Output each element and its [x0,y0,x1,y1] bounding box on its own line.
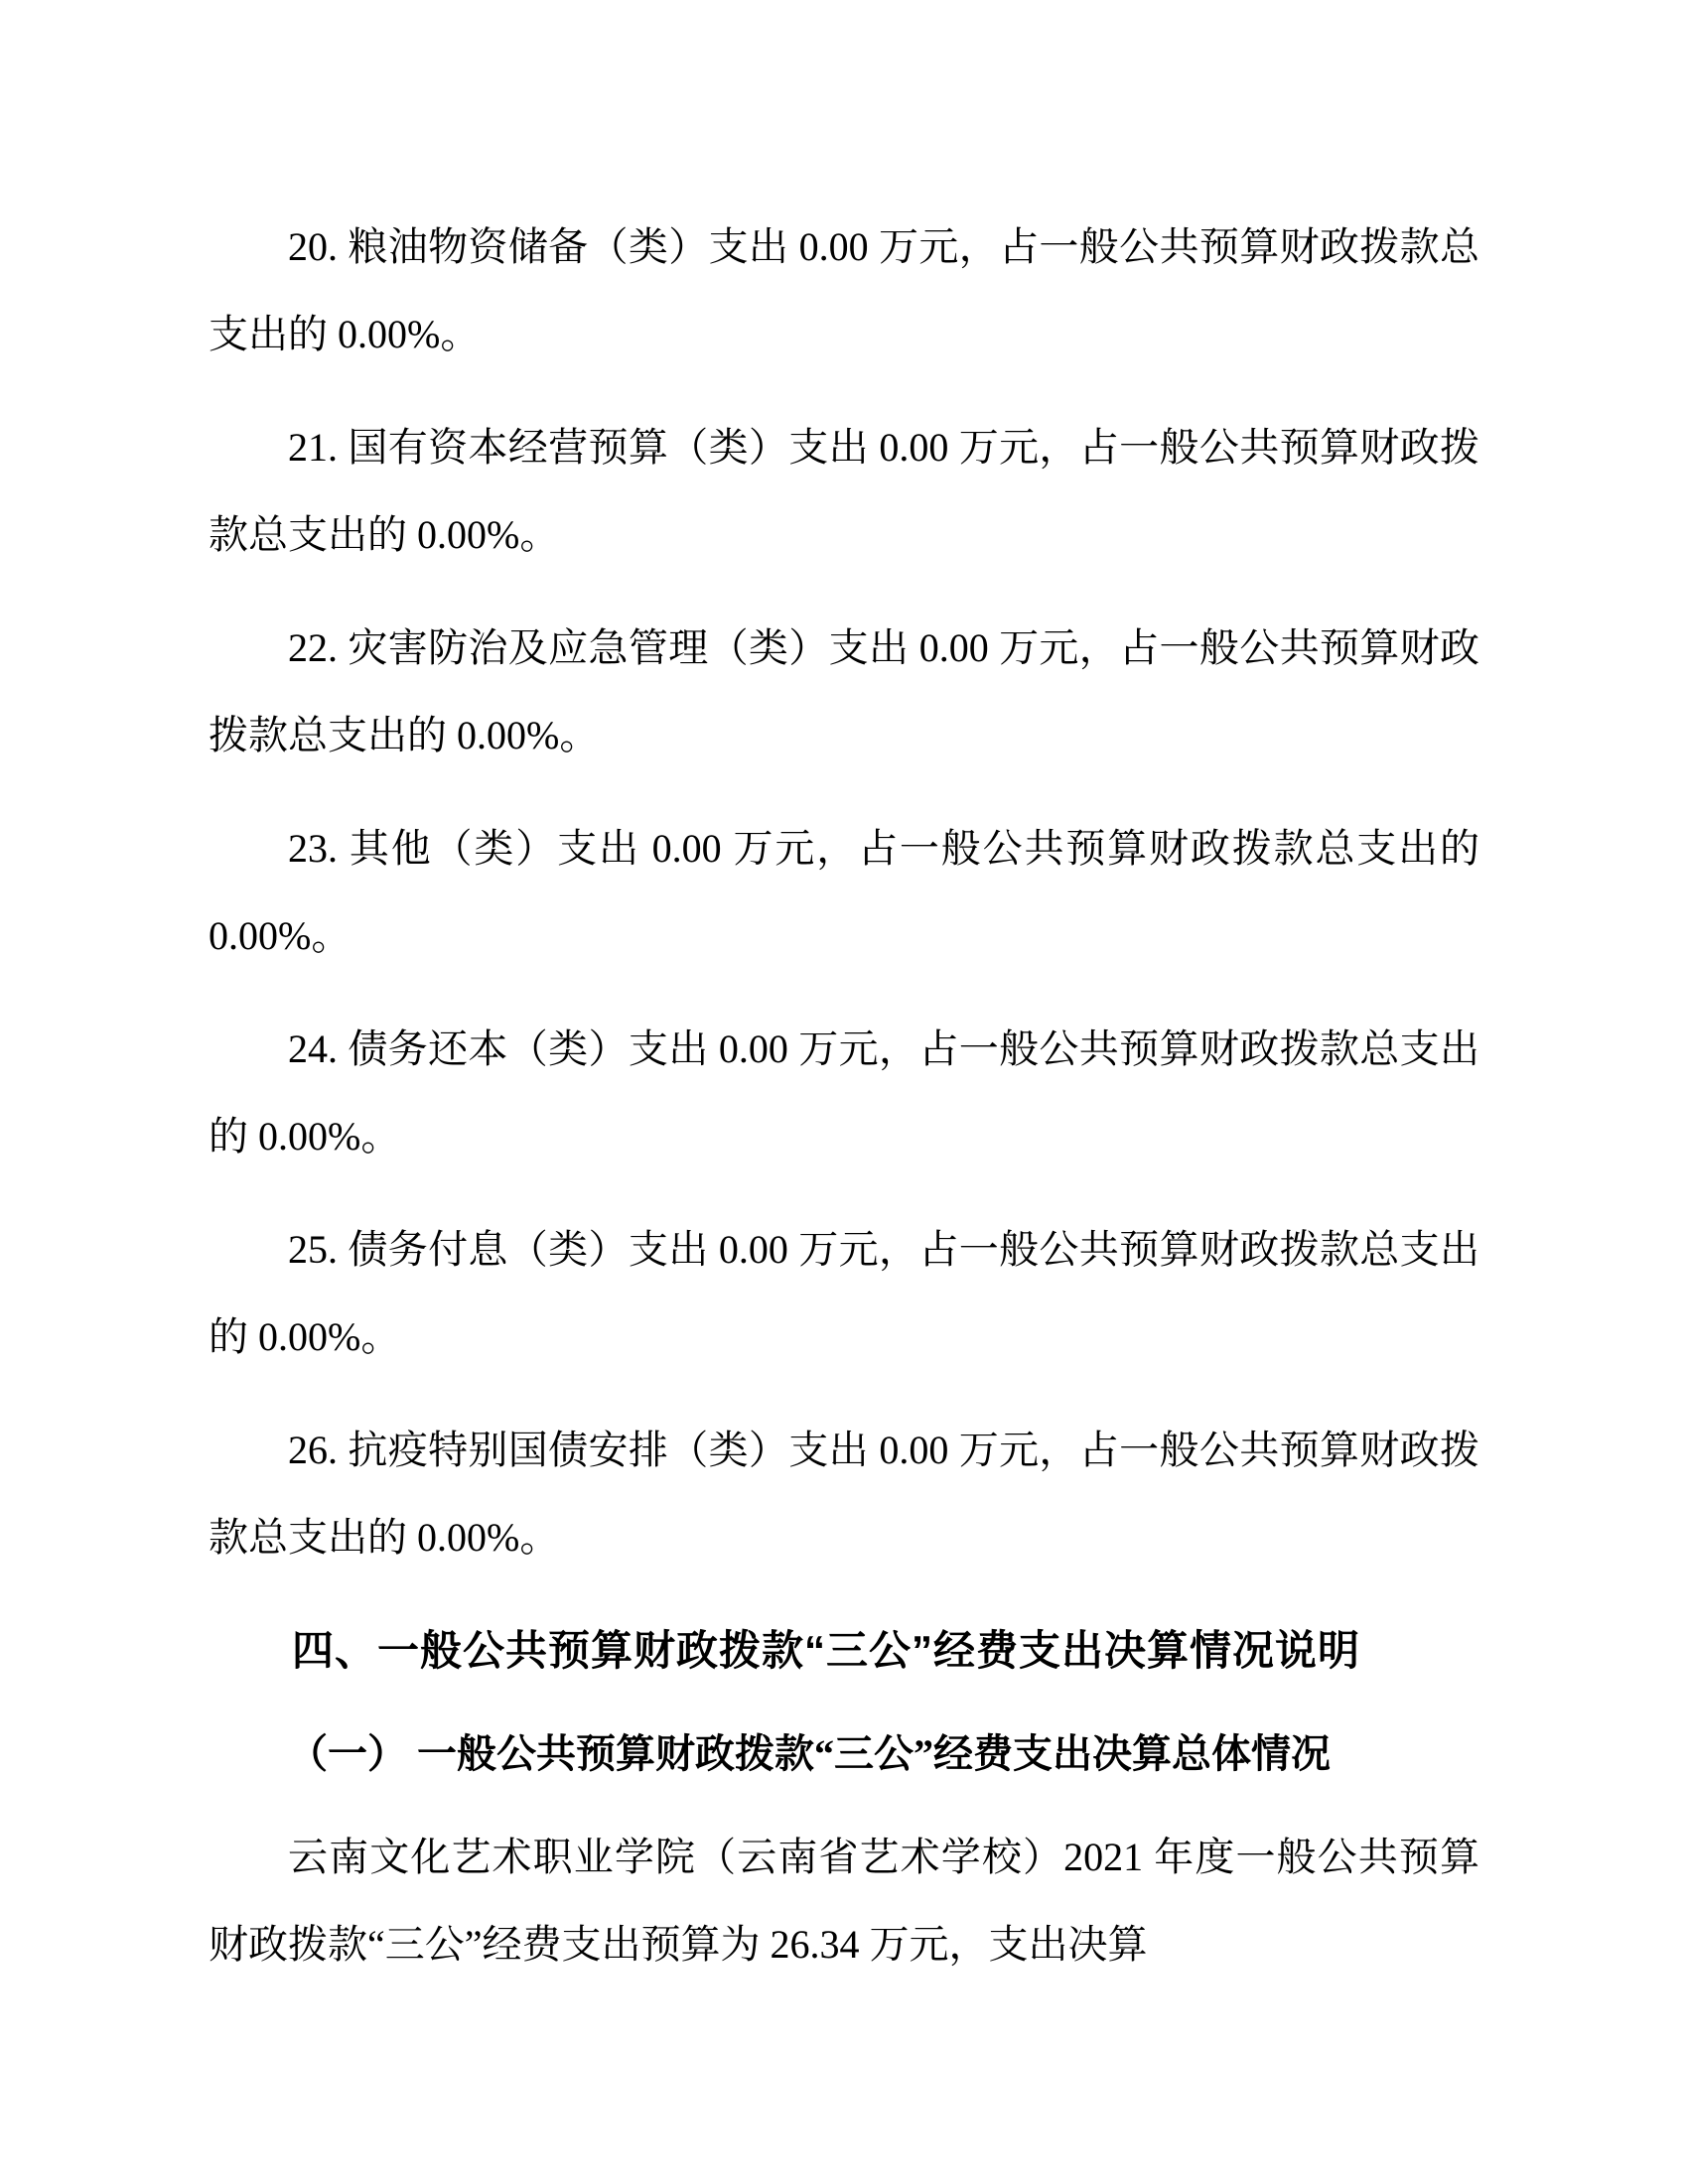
document-content: 20. 粮油物资储备（类）支出 0.00 万元，占一般公共预算财政拨款总支出的 … [0,0,1688,1988]
paragraph-item-26: 26. 抗疫特别国债安排（类）支出 0.00 万元，占一般公共预算财政拨款总支出… [209,1407,1479,1581]
paragraph-item-25: 25. 债务付息（类）支出 0.00 万元，占一般公共预算财政拨款总支出的 0.… [209,1206,1479,1381]
paragraph-closing: 云南文化艺术职业学院（云南省艺术学校）2021 年度一般公共预算财政拨款“三公”… [209,1814,1479,1988]
section-subheading-one: （一） 一般公共预算财政拨款“三公”经费支出决算总体情况 [209,1710,1479,1798]
paragraph-item-24: 24. 债务还本（类）支出 0.00 万元，占一般公共预算财政拨款总支出的 0.… [209,1006,1479,1180]
paragraph-item-23: 23. 其他（类）支出 0.00 万元，占一般公共预算财政拨款总支出的 0.00… [209,805,1479,980]
document-page: 20. 粮油物资储备（类）支出 0.00 万元，占一般公共预算财政拨款总支出的 … [0,0,1688,2184]
paragraph-item-22: 22. 灾害防治及应急管理（类）支出 0.00 万元，占一般公共预算财政拨款总支… [209,605,1479,779]
paragraph-item-21: 21. 国有资本经营预算（类）支出 0.00 万元，占一般公共预算财政拨款总支出… [209,404,1479,579]
section-heading-four: 四、一般公共预算财政拨款“三公”经费支出决算情况说明 [209,1607,1479,1695]
paragraph-item-20: 20. 粮油物资储备（类）支出 0.00 万元，占一般公共预算财政拨款总支出的 … [209,204,1479,378]
